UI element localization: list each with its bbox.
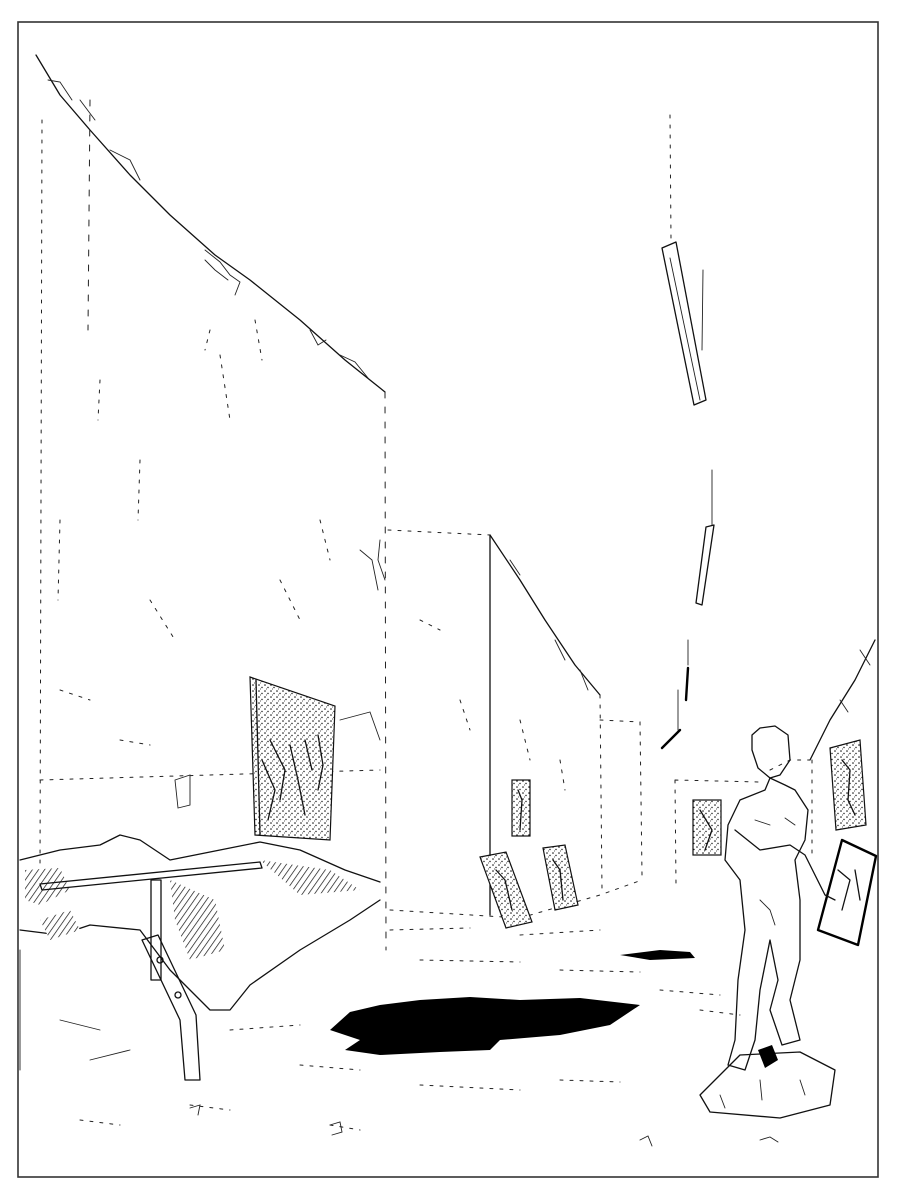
- artwork-canvas: [0, 0, 901, 1200]
- ink-drawing: [0, 0, 901, 1200]
- stone-relief-panel: [250, 677, 335, 840]
